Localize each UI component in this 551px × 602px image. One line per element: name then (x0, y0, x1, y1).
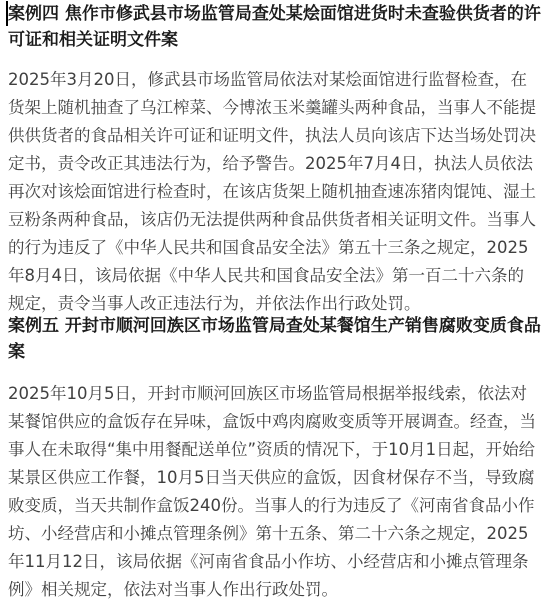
case-section-four: 案例四 焦作市修武县市场监管局查处某烩面馆进货时未查验供货者的许 可证和相关证明… (8, 1, 543, 318)
body-text-line: 供供货者的食品相关许可证和证明文件，执法人员向该店下达当场处罚决 (8, 122, 543, 150)
body-text-line: 定书，责令改正其违法行为，给予警告。2025年7月4日，执法人员依法 (8, 150, 543, 178)
body-text-line: 例》相关规定，依法对当事人作出行政处罚。 (8, 576, 543, 602)
case-five-body: 2025年10月5日，开封市顺河回族区市场监管局根据举报线索，依法对 某餐馆供应… (8, 380, 543, 602)
body-text-line: 2025年10月5日，开封市顺河回族区市场监管局根据举报线索，依法对 (8, 380, 543, 408)
body-text-line: 年8月4日，该局依据《中华人民共和国食品安全法》第一百二十六条的 (8, 262, 543, 290)
text-cursor (6, 1, 8, 26)
body-text-line: 年11月12日，该局依据《河南省食品小作坊、小经营店和小摊点管理条 (8, 548, 543, 576)
case-five-title: 案例五 开封市顺河回族区市场监管局查处某餐馆生产销售腐败变质食品 案 (8, 313, 543, 365)
body-text-line: 再次对该烩面馆进行检查时，在该店货架上随机抽查速冻猪肉馄饨、湿土 (8, 178, 543, 206)
case-four-body: 2025年3月20日，修武县市场监管局依法对某烩面馆进行监督检查，在 货架上随机… (8, 66, 543, 318)
case-title-line: 案例五 开封市顺河回族区市场监管局查处某餐馆生产销售腐败变质食品 (8, 313, 543, 339)
body-text-line: 某餐馆供应的盒饭存在异味，盒饭中鸡肉腐败变质等开展调查。经查，当 (8, 408, 543, 436)
case-section-five: 案例五 开封市顺河回族区市场监管局查处某餐馆生产销售腐败变质食品 案 2025年… (8, 313, 543, 602)
body-text-line: 坊、小经营店和小摊点管理条例》第十五条、第二十六条之规定，2025 (8, 520, 543, 548)
document-page: 案例四 焦作市修武县市场监管局查处某烩面馆进货时未查验供货者的许 可证和相关证明… (0, 1, 551, 602)
case-title-line: 可证和相关证明文件案 (8, 27, 543, 53)
body-text-line: 货架上随机抽查了乌江榨菜、今博浓玉米羹罐头两种食品，当事人不能提 (8, 94, 543, 122)
body-text-line: 2025年3月20日，修武县市场监管局依法对某烩面馆进行监督检查，在 (8, 66, 543, 94)
body-text-line: 败变质，当天共制作盒饭240份。当事人的行为违反了《河南省食品小作 (8, 492, 543, 520)
body-text-line: 某景区供应工作餐，10月5日当天供应的盒饭，因食材保存不当，导致腐 (8, 464, 543, 492)
body-text-line: 事人在未取得“集中用餐配送单位”资质的情况下，于10月1日起，开始给 (8, 436, 543, 464)
case-four-title: 案例四 焦作市修武县市场监管局查处某烩面馆进货时未查验供货者的许 可证和相关证明… (8, 1, 543, 53)
body-text-line: 的行为违反了《中华人民共和国食品安全法》第五十三条之规定，2025 (8, 234, 543, 262)
case-title-line: 案 (8, 339, 543, 365)
case-title-line: 案例四 焦作市修武县市场监管局查处某烩面馆进货时未查验供货者的许 (8, 1, 543, 27)
body-text-line: 豆粉条两种食品，该店仍无法提供两种食品供货者相关证明文件。当事人 (8, 206, 543, 234)
